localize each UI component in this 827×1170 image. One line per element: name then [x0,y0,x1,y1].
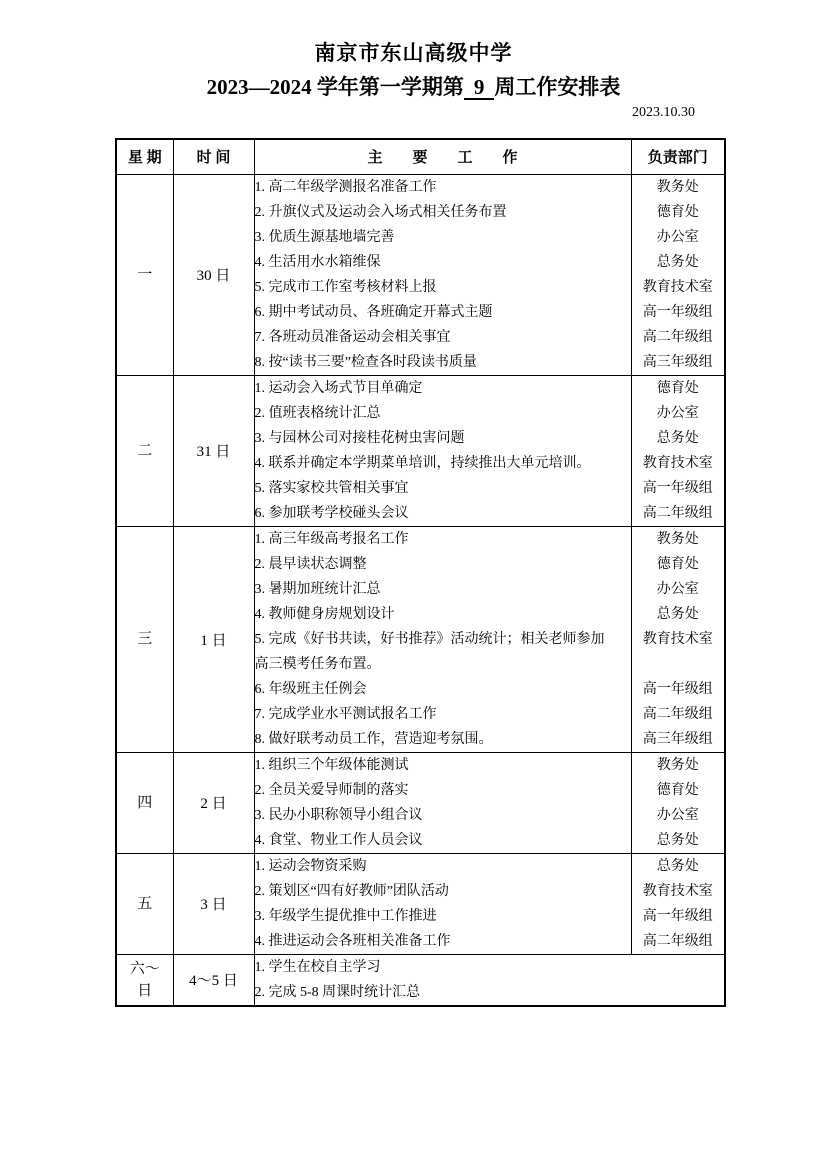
dept-item: 总务处 [632,426,725,451]
dept-item: 教务处 [632,753,725,778]
work-item: 7. 各班动员准备运动会相关事宜 [255,325,631,350]
work-item: 3. 暑期加班统计汇总 [255,577,631,602]
work-cell: 1. 高三年级高考报名工作 2. 晨早读状态调整 3. 暑期加班统计汇总 4. … [254,526,631,752]
work-item: 6. 年级班主任例会 [255,677,631,702]
work-cell: 1. 运动会物资采购 2. 策划区“四有好教师”团队活动 3. 年级学生提优推中… [254,853,631,954]
work-item: 4. 教师健身房规划设计 [255,602,631,627]
document-title: 2023—2024 学年第一学期第9周工作安排表 [0,74,827,100]
work-item: 2. 全员关爱导师制的落实 [255,778,631,803]
work-item: 4. 食堂、物业工作人员会议 [255,828,631,853]
dept-item: 教育技术室 [632,275,725,300]
work-item: 3. 民办小职称领导小组合议 [255,803,631,828]
work-item: 1. 运动会入场式节目单确定 [255,376,631,401]
time-cell: 4～5 日 [173,954,254,1006]
day-cell: 二 [116,375,173,526]
dept-cell: 德育处 办公室 总务处 教育技术室 高一年级组 高二年级组 [631,375,725,526]
day-cell: 三 [116,526,173,752]
work-item: 4. 生活用水水箱维保 [255,250,631,275]
work-item: 8. 做好联考动员工作，营造迎考氛围。 [255,727,631,752]
table-row-weekend: 六～ 日 4～5 日 1. 学生在校自主学习 2. 完成 5-8 周课时统计汇总 [116,954,725,1006]
dept-item: 教务处 [632,175,725,200]
work-item: 2. 值班表格统计汇总 [255,401,631,426]
dept-item: 高一年级组 [632,300,725,325]
time-cell: 2 日 [173,752,254,853]
work-item: 3. 优质生源基地墙完善 [255,225,631,250]
dept-item: 高二年级组 [632,325,725,350]
dept-item: 德育处 [632,778,725,803]
dept-item: 办公室 [632,225,725,250]
day-cell: 六～ 日 [116,954,173,1006]
table-row-monday: 一 30 日 1. 高二年级学测报名准备工作 2. 升旗仪式及运动会入场式相关任… [116,174,725,375]
dept-item: 办公室 [632,577,725,602]
dept-item: 高一年级组 [632,904,725,929]
work-item: 2. 升旗仪式及运动会入场式相关任务布置 [255,200,631,225]
day-cell: 一 [116,174,173,375]
work-item: 3. 年级学生提优推中工作推进 [255,904,631,929]
dept-item: 办公室 [632,803,725,828]
work-item: 1. 学生在校自主学习 [255,955,725,980]
day-cell: 四 [116,752,173,853]
dept-item: 办公室 [632,401,725,426]
dept-cell: 教务处 德育处 办公室 总务处 教育技术室 高一年级组 高二年级组 高三年级组 [631,526,725,752]
work-item: 4. 推进运动会各班相关准备工作 [255,929,631,954]
work-item: 5. 完成《好书共读，好书推荐》活动统计；相关老师参加 [255,627,631,652]
dept-item: 德育处 [632,552,725,577]
dept-item: 高三年级组 [632,350,725,375]
work-item: 6. 期中考试动员、各班确定开幕式主题 [255,300,631,325]
dept-item: 德育处 [632,376,725,401]
work-cell: 1. 组织三个年级体能测试 2. 全员关爱导师制的落实 3. 民办小职称领导小组… [254,752,631,853]
dept-cell: 教务处 德育处 办公室 总务处 教育技术室 高一年级组 高二年级组 高三年级组 [631,174,725,375]
time-cell: 3 日 [173,853,254,954]
work-item: 6. 参加联考学校碰头会议 [255,501,631,526]
work-item: 1. 运动会物资采购 [255,854,631,879]
table-row-friday: 五 3 日 1. 运动会物资采购 2. 策划区“四有好教师”团队活动 3. 年级… [116,853,725,954]
col-header-work: 主 要 工 作 [254,139,631,174]
dept-cell: 教务处 德育处 办公室 总务处 [631,752,725,853]
dept-item: 总务处 [632,854,725,879]
work-item: 2. 完成 5-8 周课时统计汇总 [255,980,725,1005]
document-page: 南京市东山高级中学 2023—2024 学年第一学期第9周工作安排表 2023.… [0,0,827,1170]
col-header-dept: 负责部门 [631,139,725,174]
dept-item: 高二年级组 [632,702,725,727]
work-cell: 1. 运动会入场式节目单确定 2. 值班表格统计汇总 3. 与园林公司对接桂花树… [254,375,631,526]
dept-item: 高二年级组 [632,501,725,526]
col-header-day: 星 期 [116,139,173,174]
dept-item: 教育技术室 [632,627,725,652]
work-cell: 1. 学生在校自主学习 2. 完成 5-8 周课时统计汇总 [254,954,725,1006]
dept-item: 高一年级组 [632,677,725,702]
time-cell: 30 日 [173,174,254,375]
dept-item: 总务处 [632,250,725,275]
col-header-time: 时 间 [173,139,254,174]
title-prefix: 2023—2024 学年第一学期第 [207,75,464,99]
time-cell: 1 日 [173,526,254,752]
dept-item: 教育技术室 [632,879,725,904]
day-cell: 五 [116,853,173,954]
work-item: 1. 高二年级学测报名准备工作 [255,175,631,200]
table-row-wednesday: 三 1 日 1. 高三年级高考报名工作 2. 晨早读状态调整 3. 暑期加班统计… [116,526,725,752]
work-item: 2. 策划区“四有好教师”团队活动 [255,879,631,904]
title-suffix: 周工作安排表 [494,75,620,99]
dept-item: 高三年级组 [632,727,725,752]
dept-item: 高二年级组 [632,929,725,954]
dept-cell: 总务处 教育技术室 高一年级组 高二年级组 [631,853,725,954]
week-number: 9 [464,76,495,100]
work-item: 5. 落实家校共管相关事宜 [255,476,631,501]
work-cell: 1. 高二年级学测报名准备工作 2. 升旗仪式及运动会入场式相关任务布置 3. … [254,174,631,375]
work-item: 2. 晨早读状态调整 [255,552,631,577]
work-item: 8. 按“读书三要”检查各时段读书质量 [255,350,631,375]
document-date: 2023.10.30 [0,104,695,122]
work-item-continuation: 高三模考任务布置。 [255,652,631,677]
dept-item: 高一年级组 [632,476,725,501]
work-item: 1. 高三年级高考报名工作 [255,527,631,552]
dept-item [632,652,725,677]
time-cell: 31 日 [173,375,254,526]
school-name: 南京市东山高级中学 [0,0,827,66]
work-item: 5. 完成市工作室考核材料上报 [255,275,631,300]
table-row-tuesday: 二 31 日 1. 运动会入场式节目单确定 2. 值班表格统计汇总 3. 与园林… [116,375,725,526]
work-item: 1. 组织三个年级体能测试 [255,753,631,778]
work-item: 7. 完成学业水平测试报名工作 [255,702,631,727]
dept-item: 德育处 [632,200,725,225]
weekly-schedule-table: 星 期 时 间 主 要 工 作 负责部门 一 30 日 1. 高二年级学测报名准… [115,138,726,1007]
dept-item: 教育技术室 [632,451,725,476]
work-item: 4. 联系并确定本学期菜单培训，持续推出大单元培训。 [255,451,631,476]
header-row: 星 期 时 间 主 要 工 作 负责部门 [116,139,725,174]
table-row-thursday: 四 2 日 1. 组织三个年级体能测试 2. 全员关爱导师制的落实 3. 民办小… [116,752,725,853]
dept-item: 总务处 [632,602,725,627]
dept-item: 总务处 [632,828,725,853]
dept-item: 教务处 [632,527,725,552]
work-item: 3. 与园林公司对接桂花树虫害问题 [255,426,631,451]
